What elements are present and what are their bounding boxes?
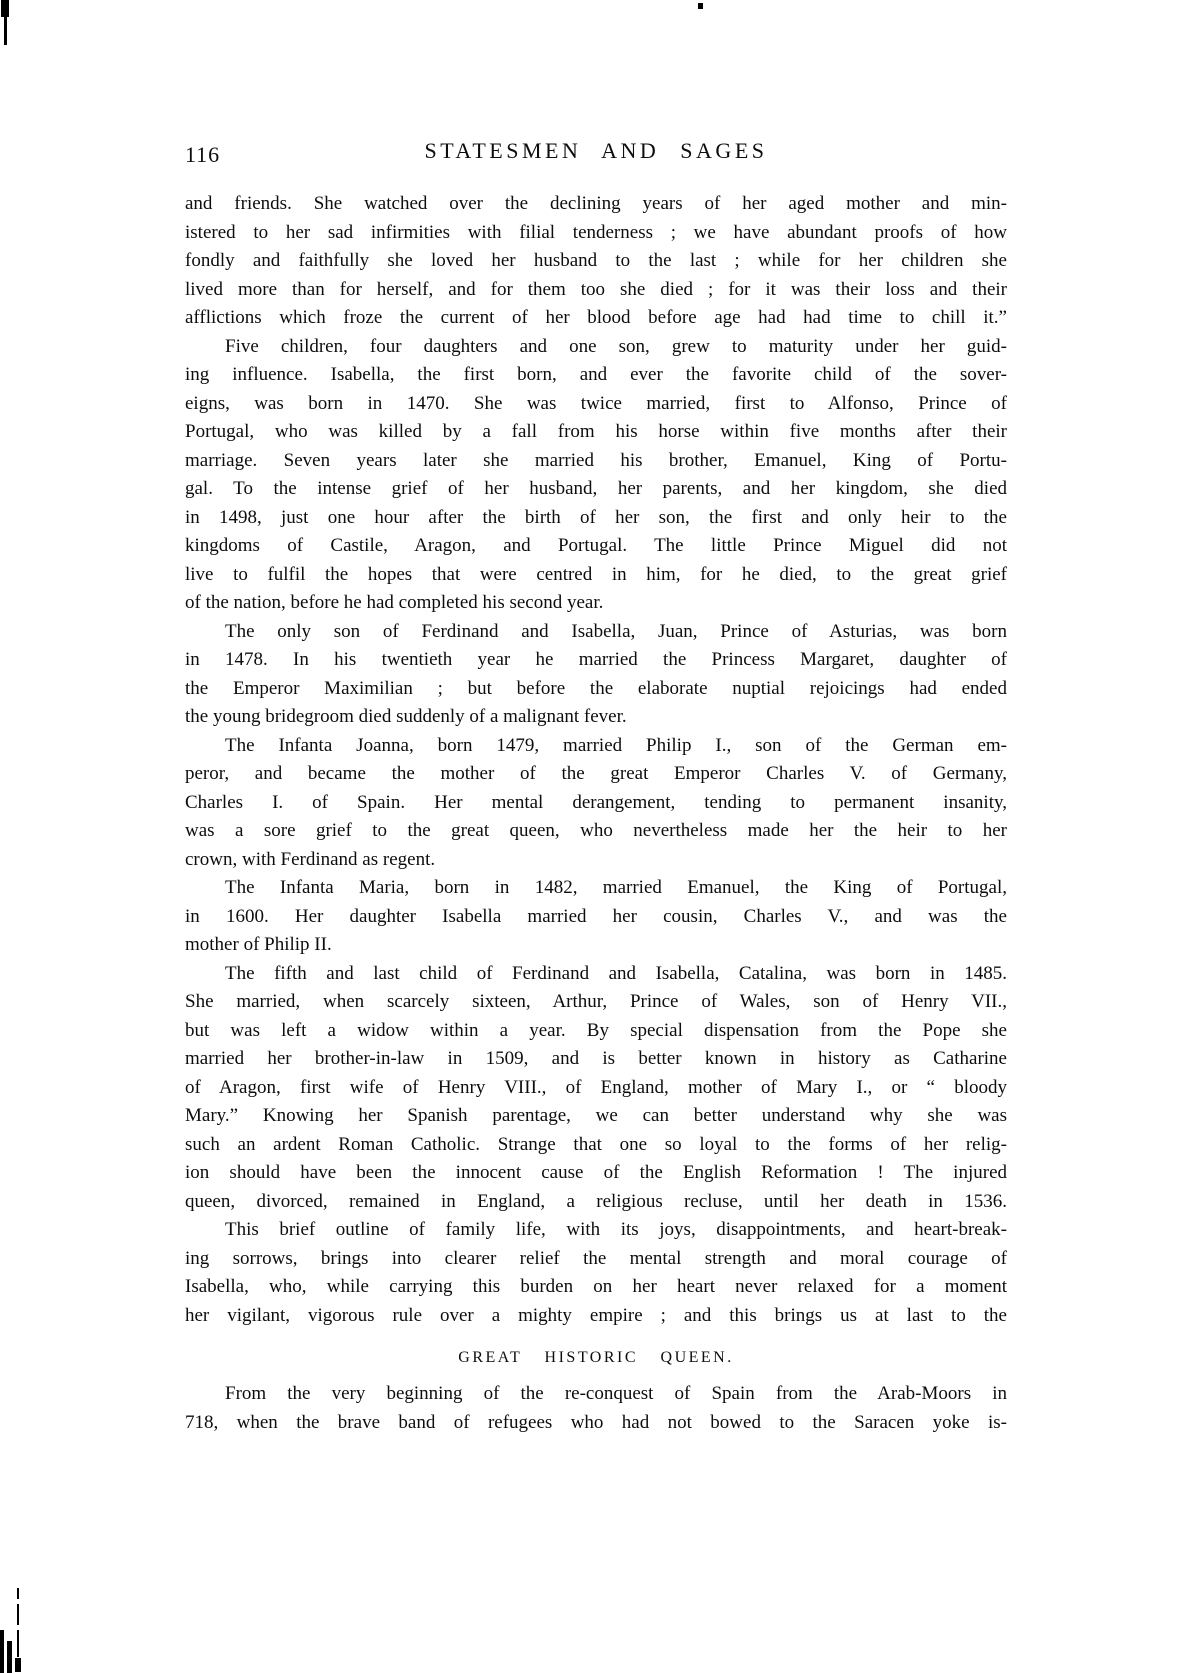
text-line: Isabella, who, while carrying this burde… (185, 1273, 1007, 1302)
text-line: Mary.” Knowing her Spanish parentage, we… (185, 1102, 1007, 1131)
paragraph-8: From the very beginning of the re-conque… (185, 1380, 1007, 1437)
text-line: queen, divorced, remained in England, a … (185, 1188, 1007, 1217)
paragraph-5: The Infanta Maria, born in 1482, married… (185, 874, 1007, 960)
text-line: crown, with Ferdinand as regent. (185, 846, 1007, 875)
text-line: of Aragon, first wife of Henry VIII., of… (185, 1074, 1007, 1103)
text-line: peror, and became the mother of the grea… (185, 760, 1007, 789)
text-line: From the very beginning of the re-conque… (185, 1380, 1007, 1409)
text-line: eigns, was born in 1470. She was twice m… (185, 390, 1007, 419)
text-line: The fifth and last child of Ferdinand an… (185, 960, 1007, 989)
text-line: lived more than for herself, and for the… (185, 276, 1007, 305)
text-line: fondly and faithfully she loved her husb… (185, 247, 1007, 276)
text-line: live to fulfil the hopes that were centr… (185, 561, 1007, 590)
scan-artifact-bottomleft-bar (0, 1630, 4, 1673)
text-line: the Emperor Maximilian ; but before the … (185, 675, 1007, 704)
text-line: gal. To the intense grief of her husband… (185, 475, 1007, 504)
text-line: married her brother-in-law in 1509, and … (185, 1045, 1007, 1074)
text-line: The Infanta Joanna, born 1479, married P… (185, 732, 1007, 761)
running-head: 116 STATESMEN AND SAGES (185, 138, 1007, 168)
scan-artifact-topleft-stem (4, 12, 7, 45)
paragraph-2: Five children, four daughters and one so… (185, 333, 1007, 618)
text-line: in 1478. In his twentieth year he marrie… (185, 646, 1007, 675)
paragraph-7: This brief outline of family life, with … (185, 1216, 1007, 1330)
text-line: She married, when scarcely sixteen, Arth… (185, 988, 1007, 1017)
text-line: This brief outline of family life, with … (185, 1216, 1007, 1245)
page-body: and friends. She watched over the declin… (185, 190, 1007, 1437)
text-line: afflictions which froze the current of h… (185, 304, 1007, 333)
section-heading: GREAT HISTORIC QUEEN. (185, 1345, 1007, 1371)
scan-artifact-bottomleft-bar (7, 1641, 12, 1673)
text-line: Charles I. of Spain. Her mental derangem… (185, 789, 1007, 818)
text-line: The Infanta Maria, born in 1482, married… (185, 874, 1007, 903)
text-line: 718, when the brave band of refugees who… (185, 1409, 1007, 1438)
text-line: mother of Philip II. (185, 931, 1007, 960)
paragraph-1: and friends. She watched over the declin… (185, 190, 1007, 333)
text-line: ing influence. Isabella, the first born,… (185, 361, 1007, 390)
text-line: her vigilant, vigorous rule over a might… (185, 1302, 1007, 1331)
scan-artifact-bottomleft-foot (15, 1658, 21, 1672)
text-line: and friends. She watched over the declin… (185, 190, 1007, 219)
text-line: istered to her sad infirmities with fili… (185, 219, 1007, 248)
text-line: the young bridegroom died suddenly of a … (185, 703, 1007, 732)
text-line: The only son of Ferdinand and Isabella, … (185, 618, 1007, 647)
text-line: of the nation, before he had completed h… (185, 589, 1007, 618)
running-header-title: STATESMEN AND SAGES (185, 138, 1007, 164)
text-line: ing sorrows, brings into clearer relief … (185, 1245, 1007, 1274)
paragraph-3: The only son of Ferdinand and Isabella, … (185, 618, 1007, 732)
text-line: but was left a widow within a year. By s… (185, 1017, 1007, 1046)
paragraph-6: The fifth and last child of Ferdinand an… (185, 960, 1007, 1217)
text-line: marriage. Seven years later she married … (185, 447, 1007, 476)
text-line: kingdoms of Castile, Aragon, and Portuga… (185, 532, 1007, 561)
scan-artifact-bottomleft-dash (17, 1604, 19, 1625)
scan-artifact-bottomleft-dash (17, 1630, 19, 1657)
text-line: Five children, four daughters and one so… (185, 333, 1007, 362)
text-line: such an ardent Roman Catholic. Strange t… (185, 1131, 1007, 1160)
text-line: in 1498, just one hour after the birth o… (185, 504, 1007, 533)
text-line: in 1600. Her daughter Isabella married h… (185, 903, 1007, 932)
text-line: ion should have been the innocent cause … (185, 1159, 1007, 1188)
scan-artifact-bottomleft-dash (17, 1588, 19, 1599)
book-page: 116 STATESMEN AND SAGES and friends. She… (0, 0, 1189, 1673)
text-line: Portugal, who was killed by a fall from … (185, 418, 1007, 447)
paragraph-4: The Infanta Joanna, born 1479, married P… (185, 732, 1007, 875)
scan-artifact-top-dot (698, 3, 703, 9)
text-line: was a sore grief to the great queen, who… (185, 817, 1007, 846)
